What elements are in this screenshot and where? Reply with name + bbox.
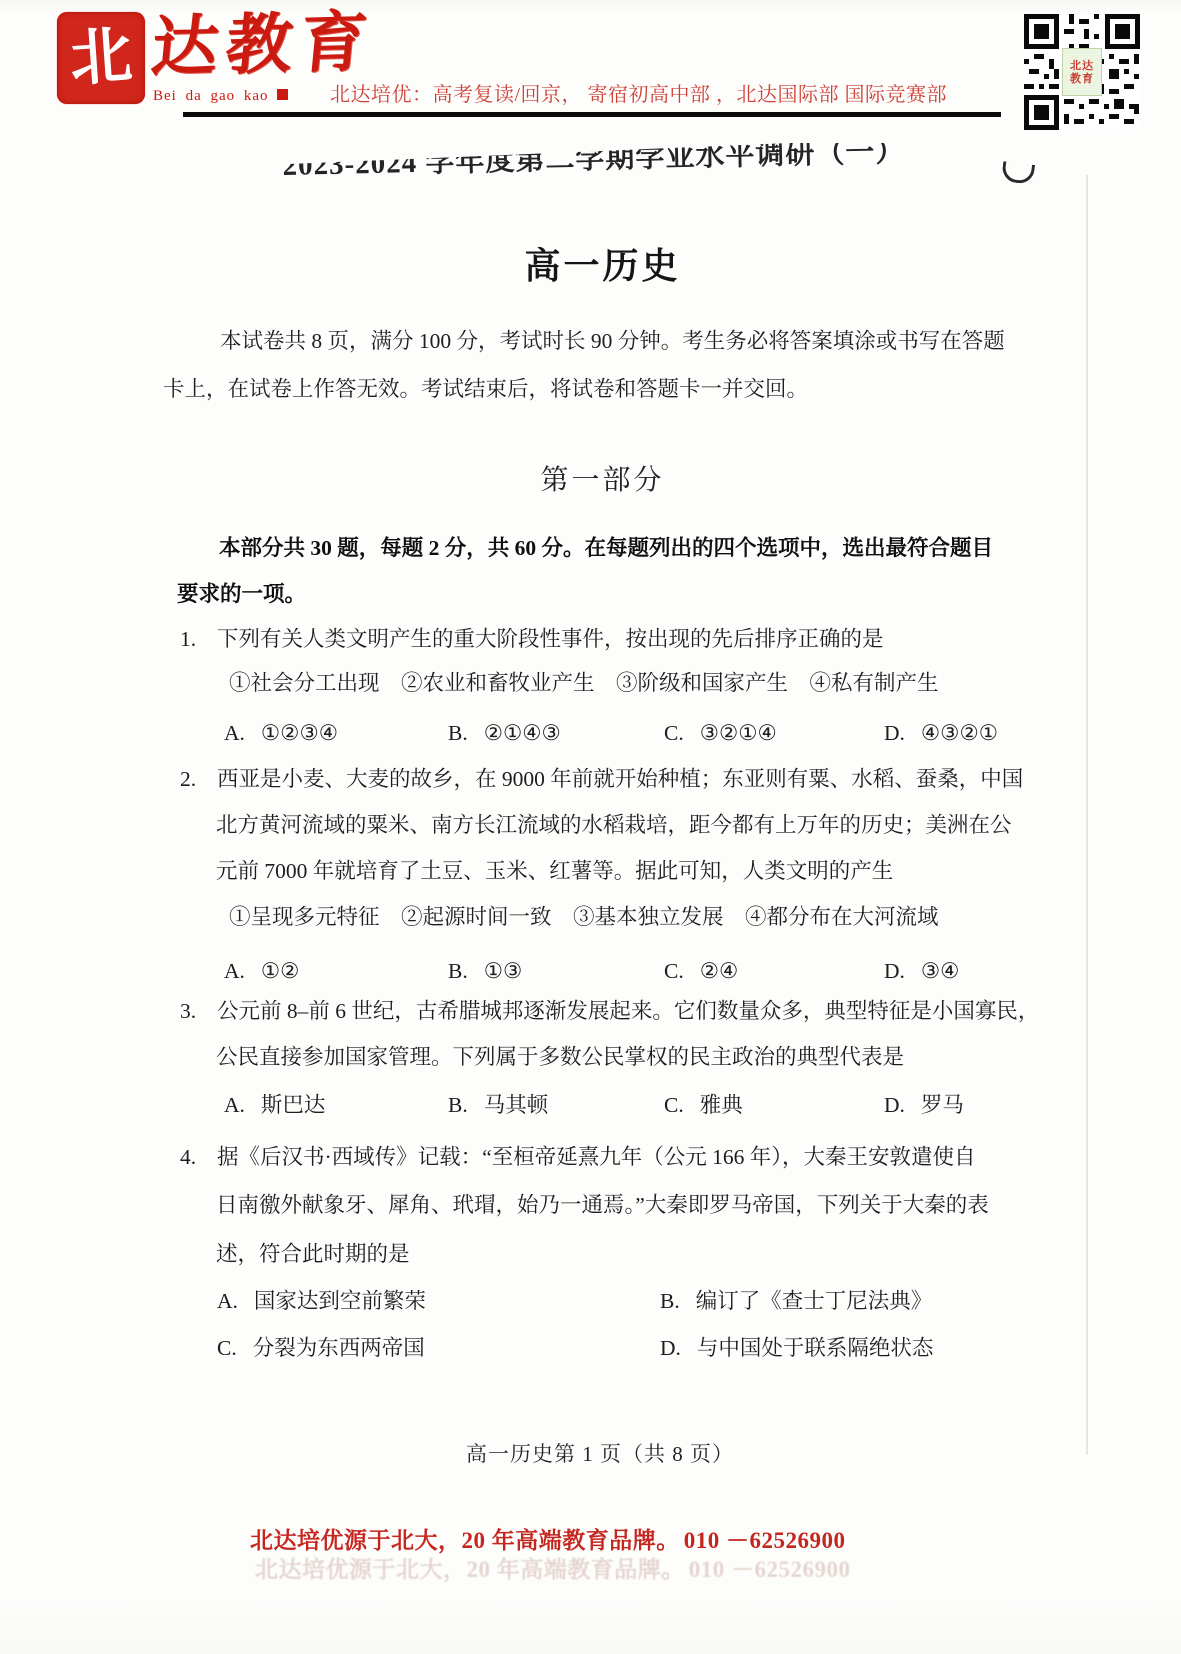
question-1-subpoints: ①社会分工出现 ②农业和畜牧业产生 ③阶级和国家产生 ④私有制产生: [229, 667, 939, 699]
question-number: 3.: [180, 995, 217, 1027]
brand-pinyin: Bei da gao kao: [153, 88, 288, 105]
option-a: A.斯巴达: [224, 1089, 325, 1121]
brand-pinyin-text: Bei da gao kao: [153, 88, 269, 104]
question-4-line: 述，符合此时期的是: [216, 1238, 410, 1270]
seal-character: 北: [68, 25, 134, 91]
qr-code: 北达 教育: [1024, 14, 1140, 132]
question-text: 公元前 8–前 6 世纪，古希腊城邦逐渐发展起来。它们数量众多，典型特征是小国寡…: [217, 999, 1039, 1023]
option-b: B.②①④③: [448, 717, 561, 749]
qr-center-label: 北达 教育: [1062, 48, 1102, 96]
exam-page: 北 达教育 Bei da gao kao 北达培优：高考复读/回京， 寄宿初高中…: [0, 0, 1181, 1654]
scan-page-edge: [1086, 175, 1088, 1455]
option-d: D.罗马: [884, 1089, 964, 1121]
intro-line: 本试卷共 8 页，满分 100 分，考试时长 90 分钟。考生务必将答案填涂或书…: [220, 325, 1005, 357]
option-a: A.国家达到空前繁荣: [217, 1285, 426, 1317]
question-4-line: 日南徼外献象牙、犀角、玳瑁，始乃一通焉。”大秦即罗马帝国，下列关于大秦的表: [216, 1189, 989, 1221]
option-b: B.马其顿: [448, 1089, 548, 1121]
footer-brand-line: 北达培优源于北大，20 年高端教育品牌。010 －62526900: [250, 1522, 846, 1555]
option-c: C.②④: [664, 955, 738, 987]
brand-calligraphy: 达教育: [148, 3, 378, 88]
subject-title: 高一历史: [160, 238, 1045, 289]
red-square-icon: [277, 89, 288, 100]
question-text: 西亚是小麦、大麦的故乡，在 9000 年前就开始种植；东亚则有粟、水稻、蚕桑，中…: [217, 767, 1023, 791]
section-heading: 第一部分: [160, 458, 1045, 498]
question-4-options-row1: A.国家达到空前繁荣 B.编订了《查士丁尼法典》: [0, 1285, 1181, 1319]
intro-line: 卡上，在试卷上作答无效。考试结束后，将试卷和答题卡一并交回。: [163, 373, 808, 405]
scan-artifact-mark: [1001, 161, 1035, 185]
footer-brand-ghost: 北达培优源于北大，20 年高端教育品牌。010 －62526900: [255, 1551, 851, 1584]
question-number: 2.: [180, 763, 217, 795]
page-number-info: 高一历史第 1 页（共 8 页）: [160, 1438, 1040, 1468]
question-2-stem: 2.西亚是小麦、大麦的故乡，在 9000 年前就开始种植；东亚则有粟、水稻、蚕桑…: [180, 763, 1023, 795]
question-2-subpoints: ①呈现多元特征 ②起源时间一致 ③基本独立发展 ④都分布在大河流域: [229, 901, 939, 933]
beida-logo-seal: 北: [57, 12, 145, 104]
question-number: 1.: [180, 623, 217, 655]
header-tagline: 北达培优：高考复读/回京， 寄宿初高中部 ，北达国际部 国际竞赛部: [330, 78, 947, 107]
option-c: C.分裂为东西两帝国: [217, 1332, 425, 1364]
question-2-line: 北方黄河流域的粟米、南方长江流域的水稻栽培，距今都有上万年的历史；美洲在公: [216, 809, 1012, 841]
footer-brand-text: 北达培优源于北大，20 年高端教育品牌。: [250, 1528, 680, 1553]
question-4-options-row2: C.分裂为东西两帝国 D.与中国处于联系隔绝状态: [0, 1332, 1181, 1366]
question-2-line: 元前 7000 年就培育了土豆、玉米、红薯等。据此可知，人类文明的产生: [216, 855, 893, 887]
footer-phone: 010 －62526900: [684, 1528, 846, 1553]
question-2-options: A.①② B.①③ C.②④ D.③④: [0, 955, 1181, 989]
warped-exam-title: 2023-2024 学年度第二学期学业水平调研（一）: [283, 143, 963, 185]
question-3-line: 公民直接参加国家管理。下列属于多数公民掌权的民主政治的典型代表是: [216, 1041, 904, 1073]
question-text: 下列有关人类文明产生的重大阶段性事件，按出现的先后排序正确的是: [217, 627, 884, 651]
option-a: A.①②: [224, 955, 299, 987]
option-d: D.④③②①: [884, 717, 998, 749]
question-1-stem: 1.下列有关人类文明产生的重大阶段性事件，按出现的先后排序正确的是: [180, 623, 884, 655]
question-3-options: A.斯巴达 B.马其顿 C.雅典 D.罗马: [0, 1089, 1181, 1123]
question-text: 据《后汉书·西域传》记载：“至桓帝延熹九年（公元 166 年），大秦王安敦遣使自: [217, 1145, 975, 1169]
option-c: C.③②①④: [664, 717, 777, 749]
question-number: 4.: [180, 1141, 217, 1173]
option-b: B.编订了《查士丁尼法典》: [660, 1285, 932, 1317]
question-4-stem: 4.据《后汉书·西域传》记载：“至桓帝延熹九年（公元 166 年），大秦王安敦遣…: [180, 1141, 975, 1173]
header-rule: [183, 112, 1001, 117]
section-instruction-line: 要求的一项。: [177, 578, 306, 610]
option-d: D.与中国处于联系隔绝状态: [660, 1332, 933, 1364]
question-3-stem: 3.公元前 8–前 6 世纪，古希腊城邦逐渐发展起来。它们数量众多，典型特征是小…: [180, 995, 1039, 1027]
section-instruction-line: 本部分共 30 题，每题 2 分，共 60 分。在每题列出的四个选项中，选出最符…: [219, 532, 993, 564]
option-a: A.①②③④: [224, 717, 338, 749]
option-d: D.③④: [884, 955, 959, 987]
option-c: C.雅典: [664, 1089, 743, 1121]
question-1-options: A.①②③④ B.②①④③ C.③②①④ D.④③②①: [0, 717, 1181, 751]
option-b: B.①③: [448, 955, 522, 987]
